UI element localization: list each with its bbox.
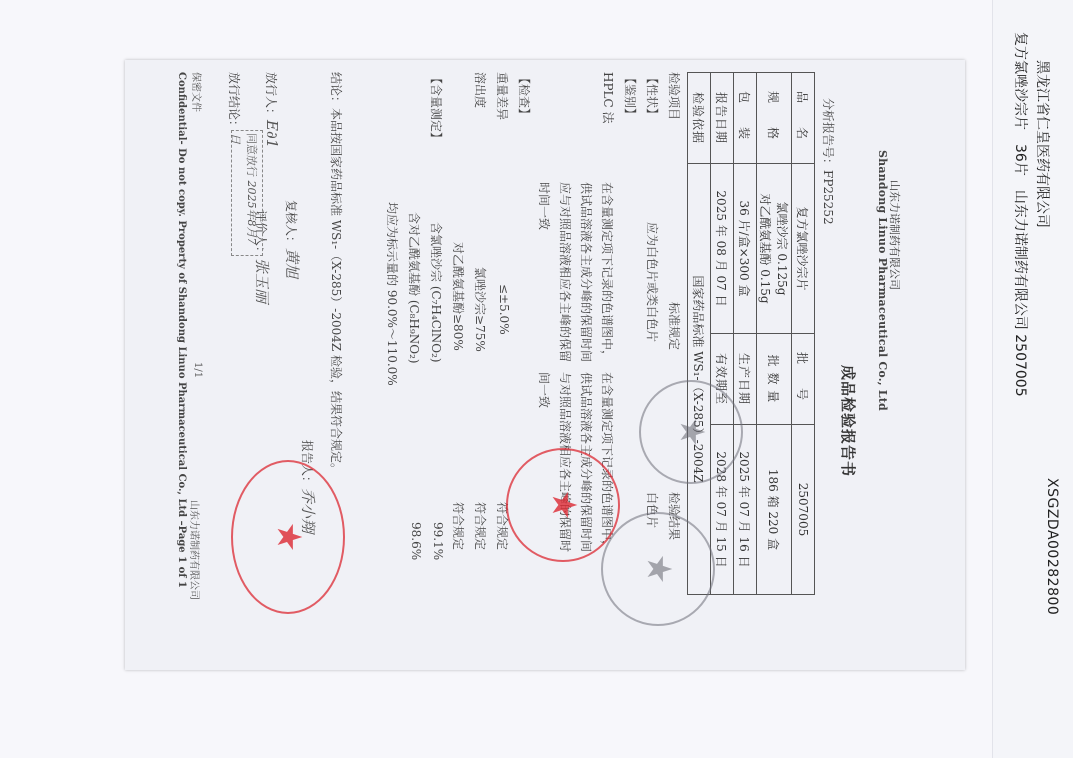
company-name-en: Shandong Linuo Pharmaceutical Co., Ltd: [876, 150, 889, 411]
release-conclusion: 放行结论：: [226, 72, 243, 132]
package: 36 片/盒×300 盒: [734, 164, 757, 334]
report-paper: 山东力诺制药有限公司 Shandong Linuo Pharmaceutical…: [125, 60, 965, 670]
company-quality-stamp: ★: [601, 512, 715, 626]
star-icon: ★: [643, 556, 673, 583]
reviewer: 复核人：黄旭: [282, 200, 303, 278]
star-icon: ★: [273, 524, 303, 551]
conclusion: 结论：本品按国家药品标准 WS₁-（X-285）-2004Z 检验，结果符合规定…: [328, 72, 345, 475]
quality-dept-stamp: ★: [639, 380, 743, 484]
product-name: 复方氯唑沙宗片: [792, 164, 815, 334]
quality-management-red-stamp: ★: [231, 460, 345, 614]
release-stamp: 同意放行 2025年8月7日: [231, 130, 263, 256]
releaser-signature: E∂1: [263, 120, 281, 148]
reviewer-signature: 黄旭: [283, 248, 301, 278]
footer-confidential-en: Confidential- Do not copy. Property of S…: [176, 72, 187, 588]
star-icon: ★: [548, 492, 578, 519]
star-icon: ★: [676, 419, 706, 446]
batch-quantity: 186 箱 220 盒: [757, 425, 792, 595]
document-code: XSGZDA00282800: [1044, 478, 1060, 615]
evaluator-signature: 张玉丽: [253, 258, 271, 303]
report-number: 分析报告号：FP25252: [820, 98, 837, 225]
footer-page: 1/1: [192, 362, 203, 378]
distributor-name: 黑龙江省仁皇医药有限公司: [1033, 60, 1053, 228]
batch-number: 2507005: [792, 425, 815, 595]
specification: 氯唑沙宗 0.125g 对乙酰氨基酚 0.15g: [757, 164, 792, 334]
product-batch-line: 复方氯唑沙宗片 36片 山东力诺制药有限公司 2507005: [1011, 32, 1031, 397]
distributor-red-stamp: ★: [506, 448, 620, 562]
report-date: 2025 年 08 月 07 日: [711, 164, 734, 334]
footer-confidential: 保密文件: [190, 72, 205, 112]
footer-company: 山东力诺制药有限公司: [188, 500, 203, 600]
product-info-table: 品 名 复方氯唑沙宗片 批 号 2507005 规 格 氯唑沙宗 0.125g …: [687, 72, 815, 595]
releaser: 放行人：E∂1: [263, 72, 281, 148]
report-title: 成品检验报告书: [838, 365, 859, 477]
company-name-cn: 山东力诺制药有限公司: [887, 180, 903, 290]
